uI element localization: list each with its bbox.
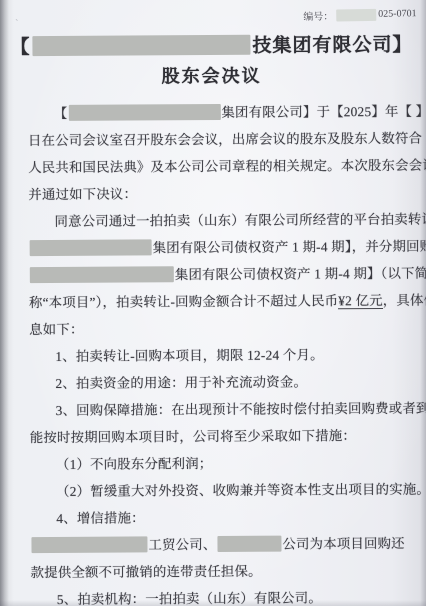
document-line: 2、拍卖资金的用途：用于补充流动资金。 [29,368,421,397]
doc-number-value: 025-0701 [378,8,417,20]
text-segment: 息如下： [29,322,83,337]
title-visible-text: 技集团有限公司】 [252,35,412,57]
redaction-box [30,266,174,283]
document-line: 同意公司通过一拍拍卖（山东）有限公司所经营的平台拍卖转让【 [28,206,420,235]
scanned-document-page: ﹑ 编号： 025-0701 【技集团有限公司】 股东会决议 【集团有限公司】于… [0,0,426,606]
document-line: 3、回购保障措施：在出现预计不能按时偿付拍卖回购费或者到期未 [30,395,422,424]
document-line: 并通过如下决议： [28,179,420,208]
text-segment: 并通过如下决议： [28,186,137,202]
document-line: 人民共和国民法典》及本公司公司章程的相关规定。本次股东会会议审议 [28,152,420,181]
text-segment: 能按时按期回购本项目时，公司将至少采取如下措施： [30,428,356,445]
text-segment: （2）暂缓重大对外投资、收购兼并等资本性支出项目的实施。 [56,482,426,499]
redaction-box [32,35,250,56]
text-segment: 集团有限公司债权资产 1 期-4 期】（以下简 [175,266,426,283]
document-line: 日在公司会议室召开股东会会议，出席会议的股东及股东人数符合《中华 [28,125,420,154]
redaction-box [336,8,376,21]
text-segment: 【 [54,106,68,121]
title-open-bracket: 【 [10,37,30,58]
text-segment: 2、拍卖资金的用途：用于补充流动资金。 [55,374,307,391]
text-segment: 4、增信措施： [56,510,145,526]
redaction-box [68,104,220,121]
document-title-company: 【技集团有限公司】 [0,30,424,60]
document-line: 集团有限公司债权资产 1 期-4 期】，并分期回购 [29,233,421,262]
text-segment: 日在公司会议室召开股东会会议，出席会议的股东及股东人数符合《中华 [28,130,426,148]
redaction-box [217,536,281,552]
text-segment: 集团有限公司】于【2025】年【 】月【 】 [221,103,426,120]
text-segment: 集团有限公司债权资产 1 期-4 期】，并分期回购 [153,239,426,256]
scan-edge-shadow-right [420,0,426,606]
document-line: 1、拍卖转让-回购本项目，期限 12-24 个月。 [29,341,421,370]
text-segment: 1、拍卖转让-回购本项目，期限 12-24 个月。 [55,347,323,364]
document-line: 款提供全额不可撤销的连带责任担保。 [31,557,423,586]
text-segment: 款提供全额不可撤销的连带责任担保。 [31,564,262,580]
text-segment: 公司为本项目回购还 [282,536,404,552]
document-line: 【集团有限公司】于【2025】年【 】月【 】 [28,98,420,127]
redaction-box [31,536,147,553]
text-segment: 同意公司通过一拍拍卖（山东）有限公司所经营的平台拍卖转让【 [54,212,426,229]
document-line: 工贸公司、公司为本项目回购还 [30,530,422,559]
document-title-resolution: 股东会决议 [0,61,425,90]
text-segment: 3、回购保障措施：在出现预计不能按时偿付拍卖回购费或者到期未 [56,401,426,418]
document-line: 称“本项目”），拍卖转让-回购金额合计不超过人民币¥2 亿元，具体信 [29,287,421,316]
scan-edge-shadow-bottom [0,600,426,606]
text-segment: 称“本项目”），拍卖转让-回购金额合计不超过人民币 [29,293,338,310]
document-line: 集团有限公司债权资产 1 期-4 期】（以下简 [29,260,421,289]
document-line: （2）暂缓重大对外投资、收购兼并等资本性支出项目的实施。 [30,476,422,505]
text-segment: ¥2 亿元 [338,293,383,309]
document-body: 【集团有限公司】于【2025】年【 】月【 】日在公司会议室召开股东会会议，出席… [28,98,423,606]
document-line: 息如下： [29,314,421,343]
doc-number-line: 编号： 025-0701 [303,6,417,23]
document-line: 4、增信措施： [30,503,422,532]
text-segment: 工贸公司、 [148,537,216,552]
scan-edge-shadow-left [0,0,9,606]
document-line: 能按时按期回购本项目时，公司将至少采取如下措施： [30,422,422,451]
page-content: ﹑ 编号： 025-0701 【技集团有限公司】 股东会决议 【集团有限公司】于… [0,0,426,606]
text-segment: （1）不向股东分配利润； [56,456,212,472]
document-line: （1）不向股东分配利润； [30,449,422,478]
redaction-box [30,239,152,256]
doc-number-label: 编号： [303,8,333,23]
scan-artifact-speck: ﹑ [12,10,21,23]
text-segment: 人民共和国民法典》及本公司公司章程的相关规定。本次股东会会议审议 [28,157,426,175]
